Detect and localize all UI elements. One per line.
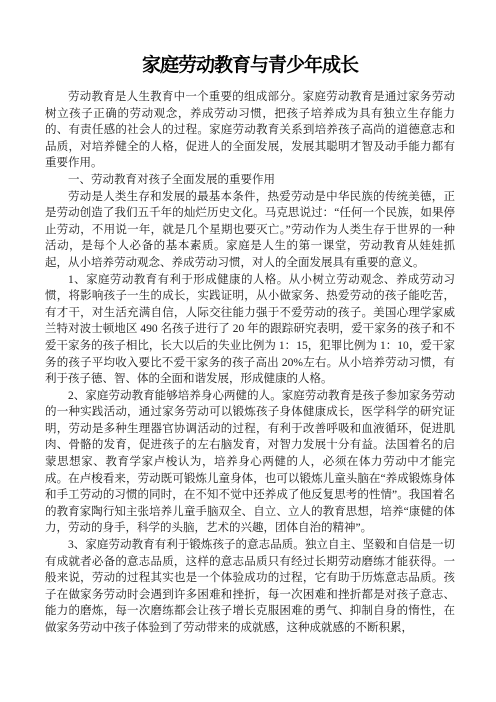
paragraph-point-3: 3、家庭劳动教育有利于锻炼孩子的意志品质。独立自主、坚毅和自信是一切有成就者必备… [45, 537, 455, 637]
paragraph-point-2: 2、家庭劳动教育能够培养身心两健的人。家庭劳动教育是孩子参加家务劳动的一种实践活… [45, 388, 455, 537]
document-page: 家庭劳动教育与青少年成长 劳动教育是人生教育中一个重要的组成部分。家庭劳动教育是… [0, 0, 496, 702]
section-heading: 一、劳动教育对孩子全面发展的重要作用 [45, 172, 455, 189]
paragraph-labor-basics: 劳动是人类生存和发展的最基本条件，热爱劳动是中华民族的传统美德，正是劳动创造了我… [45, 189, 455, 272]
paragraph-intro: 劳动教育是人生教育中一个重要的组成部分。家庭劳动教育是通过家务劳动树立孩子正确的… [45, 89, 455, 172]
paragraph-point-1: 1、家庭劳动教育有利于形成健康的人格。从小树立劳动观念、养成劳动习惯，将影响孩子… [45, 272, 455, 388]
document-title: 家庭劳动教育与青少年成长 [45, 50, 455, 82]
